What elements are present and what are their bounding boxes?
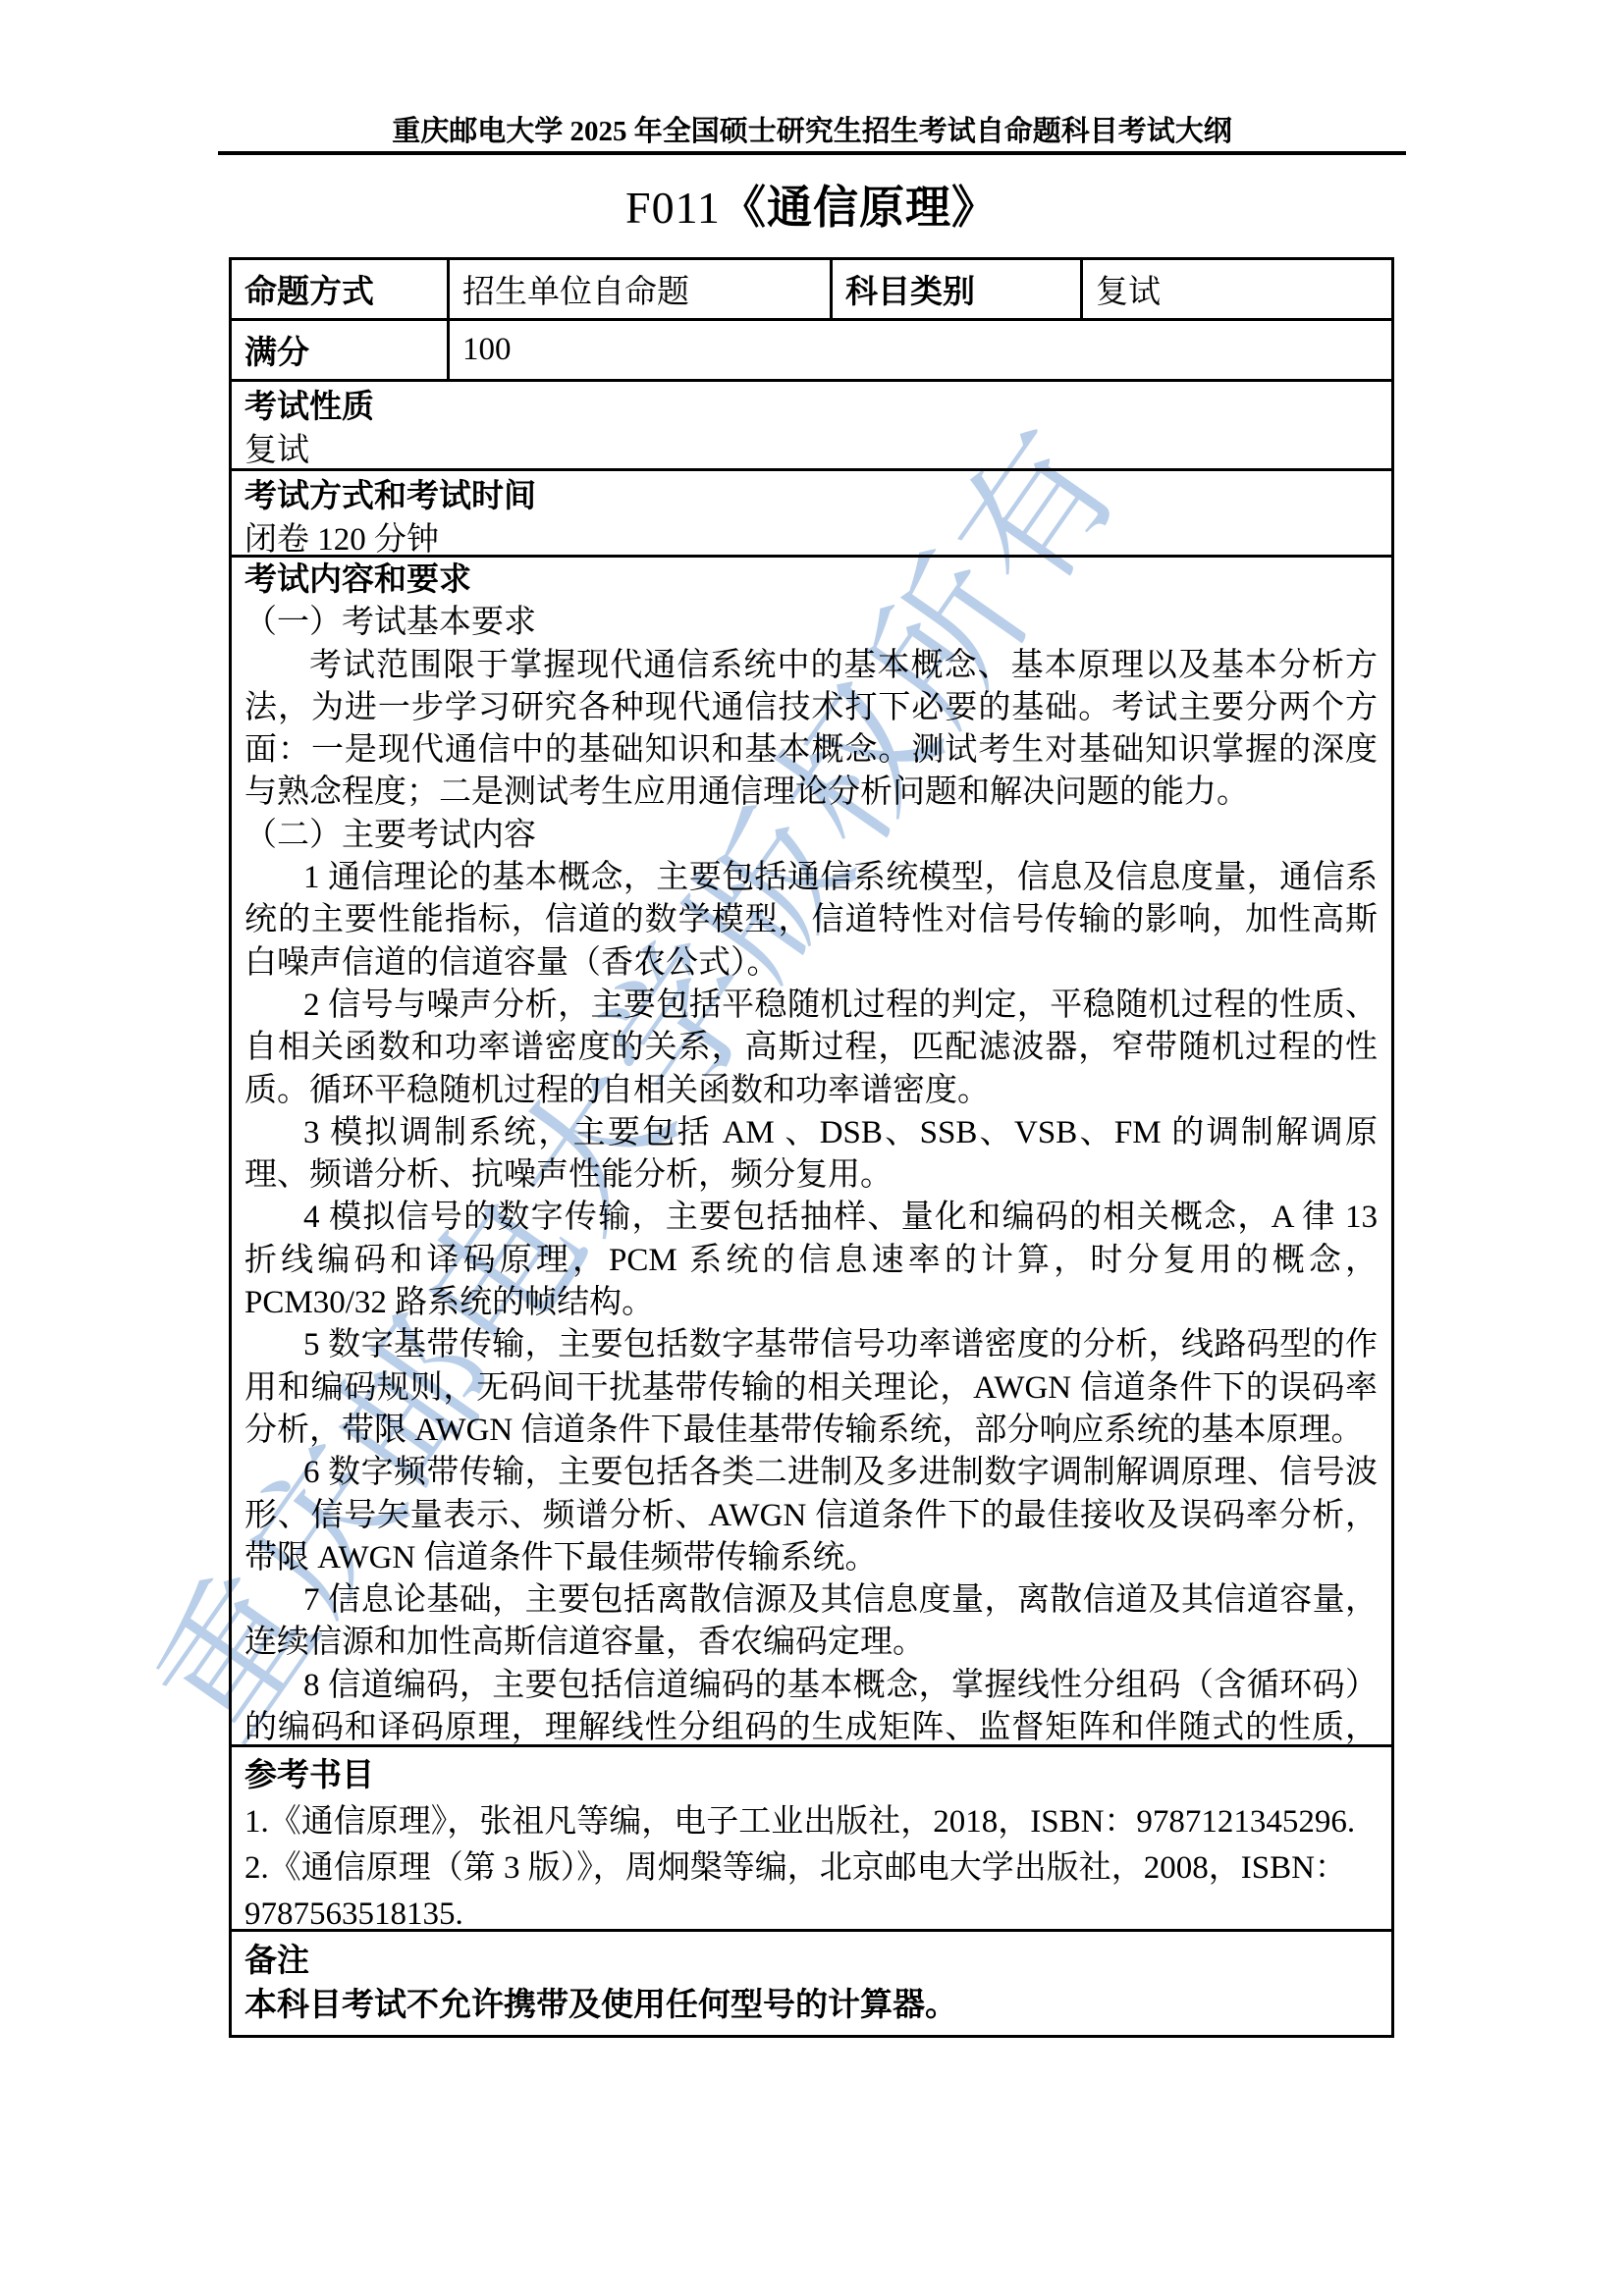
content-item-7: 7 信息论基础，主要包括离散信源及其信息度量，离散信道及其信道容量，连续信源和加… xyxy=(244,1579,1378,1665)
row-remarks: 备注 本科目考试不允许携带及使用任何型号的计算器。 xyxy=(232,1932,1391,2041)
doc-title-code: F011 xyxy=(625,183,721,233)
exam-content-label: 考试内容和要求 xyxy=(244,560,1378,602)
content-item-4: 4 模拟信号的数字传输，主要包括抽样、量化和编码的相关概念，A 律 13 折线编… xyxy=(244,1197,1378,1324)
full-score-label: 满分 xyxy=(232,321,450,379)
page-header: 重庆邮电大学 2025 年全国硕士研究生招生考试自命题科目考试大纲 xyxy=(218,114,1406,149)
reference-item-1: 1.《通信原理》，张祖凡等编，电子工业出版社，2018，ISBN：9787121… xyxy=(244,1799,1378,1845)
row-exam-nature: 考试性质 复试 xyxy=(232,382,1391,471)
content-section-heading: （二）主要考试内容 xyxy=(244,815,1378,857)
content-item-8: 8 信道编码，主要包括信道编码的基本概念，掌握线性分组码（含循环码）的编码和译码… xyxy=(244,1665,1378,1747)
row-proposition: 命题方式 招生单位自命题 科目类别 复试 xyxy=(232,260,1391,321)
row-references: 参考书目 1.《通信原理》，张祖凡等编，电子工业出版社，2018，ISBN：97… xyxy=(232,1747,1391,1932)
reference-item-2: 2.《通信原理（第 3 版）》，周炯槃等编，北京邮电大学出版社，2008，ISB… xyxy=(244,1845,1378,1932)
doc-title: F011《通信原理》 xyxy=(229,177,1394,240)
content-item-2: 2 信号与噪声分析，主要包括平稳随机过程的判定，平稳随机过程的性质、自相关函数和… xyxy=(244,985,1378,1112)
exam-format-label: 考试方式和考试时间 xyxy=(244,475,1378,518)
subject-category-value: 复试 xyxy=(1083,260,1391,318)
subject-category-label: 科目类别 xyxy=(833,260,1083,318)
remarks-value: 本科目考试不允许携带及使用任何型号的计算器。 xyxy=(244,1984,1378,2028)
exam-format-value: 闭卷 120 分钟 xyxy=(244,518,1378,558)
full-score-value: 100 xyxy=(450,321,1391,379)
content-item-1: 1 通信理论的基本概念，主要包括通信系统模型，信息及信息度量，通信系统的主要性能… xyxy=(244,857,1378,985)
content-paragraph: 考试范围限于掌握现代通信系统中的基本概念、基本原理以及基本分析方法，为进一步学习… xyxy=(244,645,1378,815)
document-page: 重庆邮电大学版权所有 重庆邮电大学 2025 年全国硕士研究生招生考试自命题科目… xyxy=(0,0,1624,2296)
content-item-3: 3 模拟调制系统，主要包括 AM 、DSB、SSB、VSB、FM 的调制解调原理… xyxy=(244,1112,1378,1198)
content-item-5: 5 数字基带传输，主要包括数字基带信号功率谱密度的分析，线路码型的作用和编码规则… xyxy=(244,1324,1378,1452)
content-section-heading: （一）考试基本要求 xyxy=(244,602,1378,644)
row-exam-content: 考试内容和要求 （一）考试基本要求 考试范围限于掌握现代通信系统中的基本概念、基… xyxy=(232,558,1391,1747)
header-rule xyxy=(218,151,1406,155)
info-table: 命题方式 招生单位自命题 科目类别 复试 满分 100 考试性质 复试 考试方式… xyxy=(229,257,1394,2038)
proposition-method-value: 招生单位自命题 xyxy=(450,260,833,318)
doc-title-name: 《通信原理》 xyxy=(721,183,998,233)
references-label: 参考书目 xyxy=(244,1753,1378,1799)
row-full-score: 满分 100 xyxy=(232,321,1391,382)
remarks-label: 备注 xyxy=(244,1940,1378,1984)
row-exam-format: 考试方式和考试时间 闭卷 120 分钟 xyxy=(232,471,1391,558)
proposition-method-label: 命题方式 xyxy=(232,260,450,318)
content-item-6: 6 数字频带传输，主要包括各类二进制及多进制数字调制解调原理、信号波形、信号矢量… xyxy=(244,1452,1378,1579)
exam-nature-value: 复试 xyxy=(244,429,1378,471)
exam-nature-label: 考试性质 xyxy=(244,386,1378,429)
